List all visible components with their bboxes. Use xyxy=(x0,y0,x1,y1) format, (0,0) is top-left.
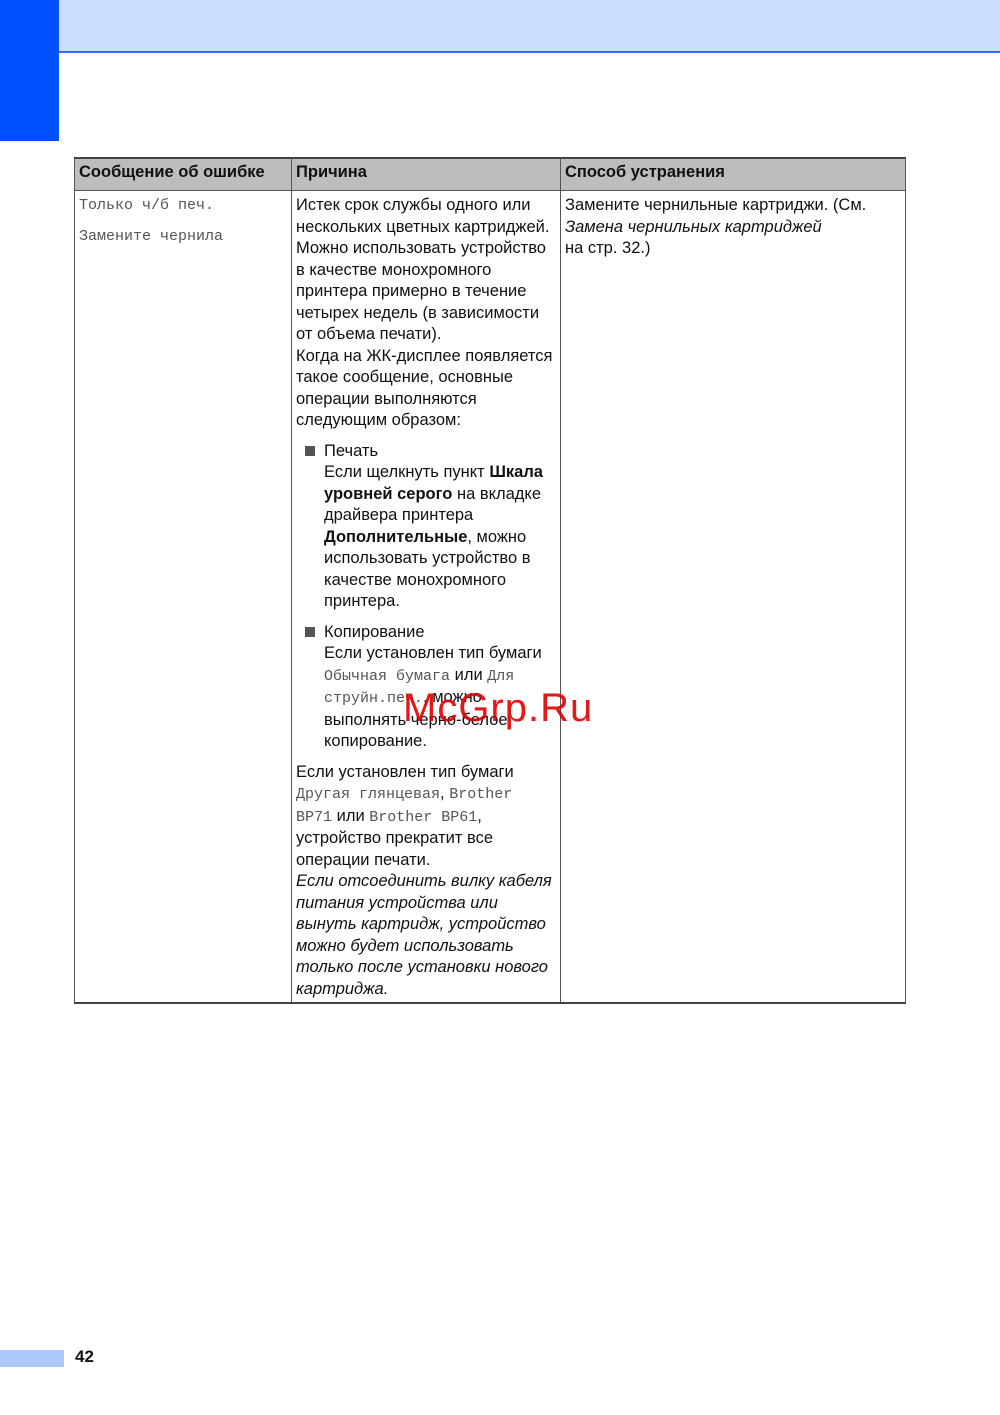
paper-type-glossy: Другая глянцевая xyxy=(296,786,440,803)
cause-paragraph-2: Можно использовать устройство в качестве… xyxy=(296,238,556,346)
text: , xyxy=(440,784,449,802)
cause-paragraph-3: Когда на ЖК-дисплее появляется такое соо… xyxy=(296,346,556,432)
bullet-title: Печать xyxy=(324,441,556,463)
error-message-cell: Только ч/б печ. Замените чернила xyxy=(75,191,292,1004)
error-message-table: Сообщение об ошибке Причина Способ устра… xyxy=(74,157,906,1004)
lcd-message-line-1: Только ч/б печ. xyxy=(79,195,287,217)
cause-after-note: Если установлен тип бумаги Другая глянце… xyxy=(296,762,556,1003)
cause-intro: Истек срок службы одного или нескольких … xyxy=(296,195,556,238)
text: Замените чернильные картриджи. (См. xyxy=(565,196,866,214)
table-header-row: Сообщение об ошибке Причина Способ устра… xyxy=(75,158,906,191)
text: или xyxy=(332,807,369,825)
header-cause: Причина xyxy=(292,158,561,191)
power-warning-note: Если отсоединить вилку кабеля питания ус… xyxy=(296,871,556,1000)
chapter-side-tab xyxy=(0,0,59,141)
table-row: Только ч/б печ. Замените чернила Истек с… xyxy=(75,191,906,1004)
cause-cell: Истек срок службы одного или нескольких … xyxy=(292,191,561,1004)
text: на стр. 32.) xyxy=(565,239,650,257)
remedy-cell: Замените чернильные картриджи. (См. Заме… xyxy=(561,191,906,1004)
paper-type-bp61: Brother BP61 xyxy=(369,809,477,826)
page-number: 42 xyxy=(75,1347,94,1367)
tab-advanced-name: Дополнительные xyxy=(324,528,467,546)
cross-reference-link[interactable]: Замена чернильных картриджей xyxy=(565,218,822,236)
square-bullet-icon xyxy=(305,446,315,456)
bullet-body: Если щелкнуть пункт Шкала уровней серого… xyxy=(324,462,556,613)
bullet-title: Копирование xyxy=(324,622,556,644)
page-number-bar xyxy=(0,1350,64,1367)
square-bullet-icon xyxy=(305,627,315,637)
text: или xyxy=(450,666,487,684)
page-header-band xyxy=(59,0,1000,53)
text: Если установлен тип бумаги xyxy=(296,763,514,781)
paper-type-plain: Обычная бумага xyxy=(324,668,450,685)
bullet-print: Печать Если щелкнуть пункт Шкала уровней… xyxy=(296,441,556,613)
watermark: McGrp.Ru xyxy=(403,686,593,731)
text: Если установлен тип бумаги xyxy=(324,644,542,662)
lcd-message-line-2: Замените чернила xyxy=(79,226,287,248)
header-error-message: Сообщение об ошибке xyxy=(75,158,292,191)
header-remedy: Способ устранения xyxy=(561,158,906,191)
text: Если щелкнуть пункт xyxy=(324,463,489,481)
